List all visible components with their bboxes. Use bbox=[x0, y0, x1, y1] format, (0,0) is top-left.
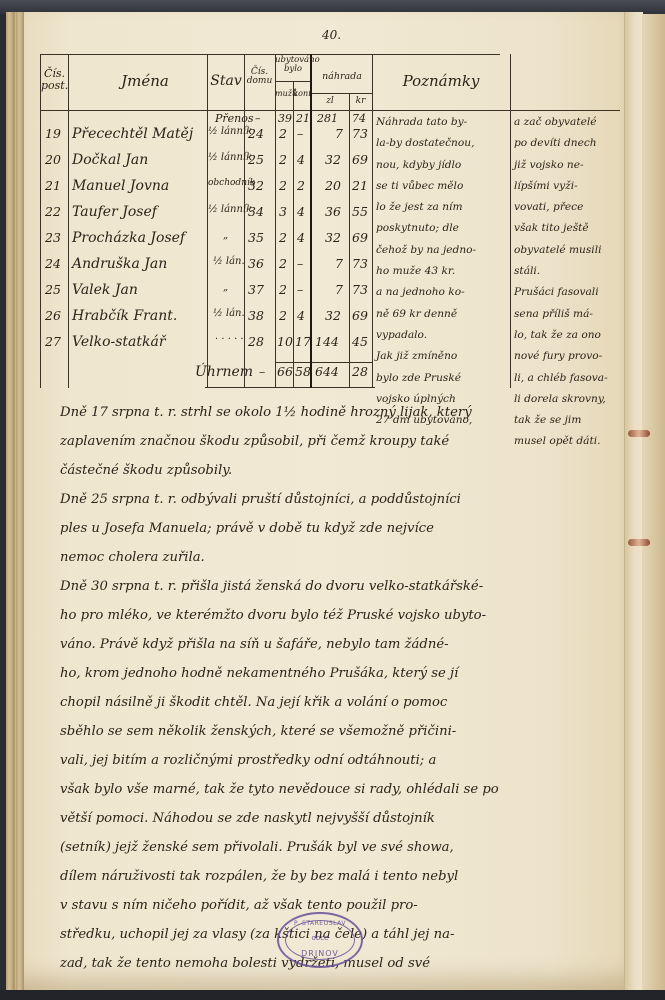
note-line: však tito ještě bbox=[514, 218, 608, 239]
row-muzu: 2 bbox=[279, 308, 287, 323]
total-dum: – bbox=[259, 364, 265, 379]
note-line: sena příliš má- bbox=[514, 304, 608, 325]
row-name: Andruška Jan bbox=[72, 256, 167, 272]
row-name: Procházka Josef bbox=[72, 230, 185, 246]
note-line: vovati, přece bbox=[514, 197, 608, 218]
row-number: 26 bbox=[45, 308, 61, 323]
carry-muzu: 39 bbox=[278, 112, 292, 125]
note-line: a na jednoho ko- bbox=[376, 282, 476, 303]
row-dum: 36 bbox=[248, 256, 264, 271]
row-kr: 73 bbox=[352, 282, 368, 297]
row-muzu: 2 bbox=[279, 126, 287, 141]
nahrada-sub-rule bbox=[310, 93, 372, 94]
row-kr: 69 bbox=[352, 152, 368, 167]
row-zl: 144 bbox=[315, 334, 339, 349]
row-name: Dočkal Jan bbox=[72, 152, 148, 168]
header-muzu: mužů bbox=[275, 90, 293, 98]
paragraph-line: Dně 30 srpna t. r. přišla jistá ženská d… bbox=[60, 572, 625, 601]
note-line: a zač obyvatelé bbox=[514, 112, 608, 133]
row-number: 19 bbox=[45, 126, 61, 141]
note-line: obyvatelé musili bbox=[514, 240, 608, 261]
row-koni: 2 bbox=[297, 178, 305, 193]
row-stav: „ bbox=[223, 230, 228, 241]
row-zl: 7 bbox=[335, 256, 343, 271]
row-kr: 73 bbox=[352, 126, 368, 141]
note-line: li, a chléb fasova- bbox=[514, 368, 608, 389]
paragraph-line: Dně 17 srpna t. r. strhl se okolo 1½ hod… bbox=[60, 398, 625, 427]
row-name: Taufer Josef bbox=[72, 204, 157, 220]
paragraph-line: dílem náruživosti tak rozpálen, že by be… bbox=[60, 862, 625, 891]
paragraph-line: Dně 25 srpna t. r. odbývali pruští důsto… bbox=[60, 485, 625, 514]
row-zl: 36 bbox=[325, 204, 341, 219]
notes-column-left: Náhrada tato by- la-by dostatečnou, nou,… bbox=[376, 112, 476, 431]
row-name: Manuel Jovna bbox=[72, 178, 169, 194]
note-line: po devíti dnech bbox=[514, 133, 608, 154]
row-dum: 37 bbox=[248, 282, 264, 297]
total-kr: 28 bbox=[352, 364, 368, 379]
header-poznamky: Poznámky bbox=[372, 74, 510, 90]
note-line: již vojsko ne- bbox=[514, 155, 608, 176]
row-kr: 45 bbox=[352, 334, 368, 349]
paragraph-line: však bylo vše marné, tak že tyto nevědou… bbox=[60, 775, 625, 804]
table-top-rule bbox=[40, 54, 500, 55]
row-koni: 17 bbox=[295, 334, 311, 349]
row-dum: 38 bbox=[248, 308, 264, 323]
carry-dum: – bbox=[255, 112, 261, 125]
note-line: Prušáci fasovali bbox=[514, 282, 608, 303]
row-kr: 69 bbox=[352, 230, 368, 245]
row-kr: 73 bbox=[352, 256, 368, 271]
header-stav: Stav bbox=[207, 74, 245, 89]
header-nahrada: náhrada bbox=[311, 72, 373, 82]
note-line: Jak již zmíněno bbox=[376, 346, 476, 367]
binding-stitch bbox=[628, 539, 650, 546]
municipal-stamp: P. STAREOSLAV obce DRINOV bbox=[277, 912, 363, 968]
row-number: 23 bbox=[45, 230, 61, 245]
note-line: nové fury provo- bbox=[514, 346, 608, 367]
row-name: Velko-statkář bbox=[72, 334, 166, 350]
subtotal-rule bbox=[275, 362, 372, 363]
row-dum: 28 bbox=[248, 334, 264, 349]
note-line: vypadalo. bbox=[376, 325, 476, 346]
row-kr: 55 bbox=[352, 204, 368, 219]
row-koni: – bbox=[297, 282, 303, 297]
total-zl: 644 bbox=[315, 364, 339, 379]
paragraph-line: ho pro mléko, ve kterémžto dvoru bylo té… bbox=[60, 601, 625, 630]
paragraph-line: ho, krom jednoho hodně nekamentného Pruš… bbox=[60, 659, 625, 688]
row-muzu: 2 bbox=[279, 152, 287, 167]
row-muzu: 2 bbox=[279, 256, 287, 271]
row-stav: ½ lán. bbox=[213, 256, 245, 267]
paragraph-line: nemoc cholera zuřila. bbox=[60, 543, 625, 572]
paragraph-line: zaplavením značnou škodu způsobil, při č… bbox=[60, 427, 625, 456]
row-zl: 32 bbox=[325, 308, 341, 323]
row-dum: 32 bbox=[248, 178, 264, 193]
row-number: 20 bbox=[45, 152, 61, 167]
paragraph-line: chopil násilně ji škodit chtěl. Na její … bbox=[60, 688, 625, 717]
total-koni: 58 bbox=[295, 364, 311, 379]
row-zl: 32 bbox=[325, 152, 341, 167]
carry-koni: 21 bbox=[296, 112, 310, 125]
row-zl: 32 bbox=[325, 230, 341, 245]
note-line: nou, kdyby jídlo bbox=[376, 155, 476, 176]
scanner-bottom-edge bbox=[0, 990, 665, 1000]
row-dum: 34 bbox=[248, 204, 264, 219]
row-number: 27 bbox=[45, 334, 61, 349]
row-stav: ½ lánník bbox=[208, 204, 252, 215]
row-koni: 4 bbox=[297, 308, 305, 323]
carry-stav: Přenos bbox=[215, 112, 254, 125]
row-koni: 4 bbox=[297, 204, 305, 219]
row-dum: 24 bbox=[248, 126, 264, 141]
row-stav: ½ lánník bbox=[208, 152, 252, 163]
row-stav: ½ lán. bbox=[213, 308, 245, 319]
row-zl: 7 bbox=[335, 282, 343, 297]
row-muzu: 3 bbox=[279, 204, 287, 219]
note-line: la-by dostatečnou, bbox=[376, 133, 476, 154]
paragraph-line: váno. Právě když přišla na síň u šafáře,… bbox=[60, 630, 625, 659]
row-zl: 20 bbox=[325, 178, 341, 193]
stamp-text-bottom: DRINOV bbox=[279, 949, 361, 958]
note-line: lípšími vyži- bbox=[514, 176, 608, 197]
book-binding-edge bbox=[6, 12, 24, 990]
row-kr: 21 bbox=[352, 178, 368, 193]
row-dum: 25 bbox=[248, 152, 264, 167]
page-number: 40. bbox=[322, 28, 341, 42]
note-line: se ti vůbec mělo bbox=[376, 176, 476, 197]
header-zl: zl bbox=[311, 97, 349, 106]
row-stav: „ bbox=[223, 282, 228, 293]
note-line: poskytnuto; dle bbox=[376, 218, 476, 239]
row-koni: 4 bbox=[297, 152, 305, 167]
total-muzu: 66 bbox=[277, 364, 293, 379]
note-line: lo, tak že za ono bbox=[514, 325, 608, 346]
next-page-edge bbox=[642, 14, 665, 990]
note-line: stáli. bbox=[514, 261, 608, 282]
row-number: 25 bbox=[45, 282, 61, 297]
row-koni: – bbox=[297, 126, 303, 141]
billeting-ledger-table: Čís. post. Jména Stav Čís. domu ubytován… bbox=[35, 54, 629, 388]
note-line: čehož by na jedno- bbox=[376, 240, 476, 261]
row-name: Valek Jan bbox=[72, 282, 138, 298]
row-koni: 4 bbox=[297, 230, 305, 245]
row-muzu: 10 bbox=[277, 334, 293, 349]
row-number: 24 bbox=[45, 256, 61, 271]
paragraph-line: ples u Josefa Manuela; právě v době tu k… bbox=[60, 514, 625, 543]
header-bottom-rule bbox=[40, 110, 620, 111]
chronicle-body-text: Dně 17 srpna t. r. strhl se okolo 1½ hod… bbox=[60, 398, 625, 978]
row-muzu: 2 bbox=[279, 230, 287, 245]
note-line: Náhrada tato by- bbox=[376, 112, 476, 133]
header-cislo-domu: Čís. domu bbox=[244, 68, 275, 87]
carry-zl: 281 bbox=[317, 112, 338, 125]
row-number: 21 bbox=[45, 178, 61, 193]
header-kr: kr bbox=[349, 97, 372, 106]
carry-kr: 74 bbox=[352, 112, 366, 125]
row-koni: – bbox=[297, 256, 303, 271]
header-cislo-post: Čís. post. bbox=[41, 68, 68, 91]
paragraph-line: sběhlo se sem několik ženských, které se… bbox=[60, 717, 625, 746]
row-name: Hrabčík Frant. bbox=[72, 308, 177, 324]
binding-stitch bbox=[628, 430, 650, 437]
header-koni: koní bbox=[293, 90, 311, 98]
header-jmena: Jména bbox=[95, 74, 195, 90]
row-muzu: 2 bbox=[279, 282, 287, 297]
stamp-text-middle: obce bbox=[279, 934, 361, 942]
note-line: lo že jest za ním bbox=[376, 197, 476, 218]
row-muzu: 2 bbox=[279, 178, 287, 193]
paragraph-line: (setník) jejž ženské sem přivolali. Pruš… bbox=[60, 833, 625, 862]
row-number: 22 bbox=[45, 204, 61, 219]
row-stav: ½ lánník bbox=[208, 126, 252, 137]
paragraph-line: větší pomoci. Náhodou se zde naskytl nej… bbox=[60, 804, 625, 833]
paragraph-line: částečné škodu způsobily. bbox=[60, 456, 625, 485]
row-dum: 35 bbox=[248, 230, 264, 245]
note-line: bylo zde Pruské bbox=[376, 368, 476, 389]
row-zl: 7 bbox=[335, 126, 343, 141]
note-line: ho muže 43 kr. bbox=[376, 261, 476, 282]
paragraph-line: vali, jej bitím a rozličnými prostředky … bbox=[60, 746, 625, 775]
stamp-text-top: P. STAREOSLAV bbox=[279, 920, 361, 927]
note-line: ně 69 kr denně bbox=[376, 304, 476, 325]
row-name: Přecechtěl Matěj bbox=[72, 126, 193, 142]
header-ubytovano: ubytováno bylo bbox=[275, 56, 311, 74]
total-label: Úhrnem bbox=[195, 364, 253, 380]
row-stav: · · · · · bbox=[215, 334, 244, 345]
row-kr: 69 bbox=[352, 308, 368, 323]
